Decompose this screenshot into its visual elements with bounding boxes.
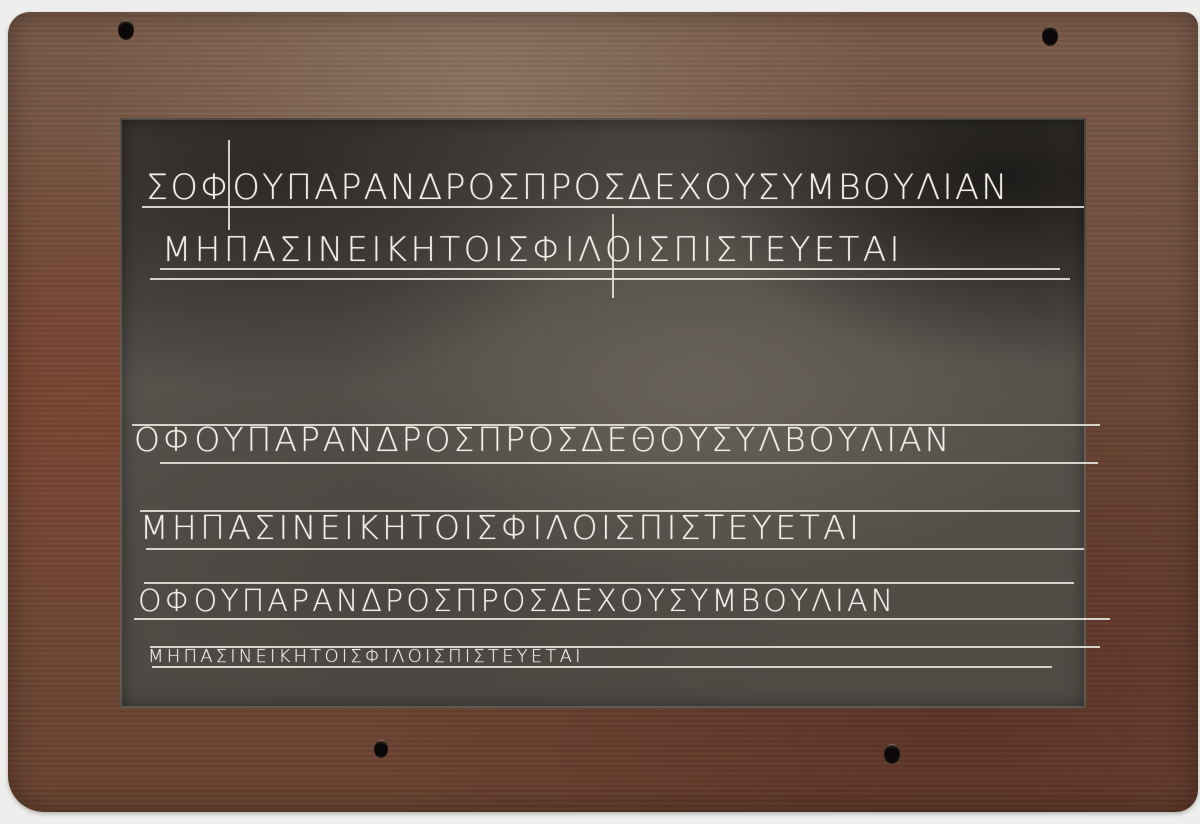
nail-hole-top-left [118,20,134,40]
guide-line [160,462,1098,464]
model-line-1: ΣΟΦΟΥΠΑΡΑΝΔΡΟΣΠΡΟΣΔΕΧΟΥΣΥΜΒΟΥΛΙΑΝ [146,168,1009,208]
guide-line [150,278,1070,280]
copy2-line-1: ΟΦΟΥΠΑΡΑΝΔΡΟΣΠΡΟΣΔΕΧΟΥΣΥΜΒΟΥΛΙΑΝ [138,584,896,619]
copy1-line-1: ΟΦΟΥΠΑΡΑΝΔΡΟΣΠΡΟΣΔΕΘΟΥΣΥΛΒΟΥΛΙΑΝ [134,420,952,459]
nail-hole-top-right [1042,26,1058,46]
copy1-line-2: ΜΗΠΑΣΙΝΕΙΚΗΤΟΙΣΦΙΛΟΙΣΠΙΣΤΕΥΕΤΑΙ [140,508,862,547]
model-line-2: ΜΗΠΑΣΙΝΕΙΚΗΤΟΙΣΦΙΛΟΙΣΠΙΣΤΕΥΕΤΑΙ [162,230,903,270]
writing-surface: ΣΟΦΟΥΠΑΡΑΝΔΡΟΣΠΡΟΣΔΕΧΟΥΣΥΜΒΟΥΛΙΑΝ ΜΗΠΑΣΙ… [120,118,1086,708]
nail-hole-bottom-right [884,744,900,764]
guide-line [146,548,1084,550]
copy2-line-2: ΜΗΠΑΣΙΝΕΙΚΗΤΟΙΣΦΙΛΟΙΣΠΙΣΤΕΥΕΤΑΙ [148,646,584,667]
nail-hole-bottom-left [374,740,388,758]
